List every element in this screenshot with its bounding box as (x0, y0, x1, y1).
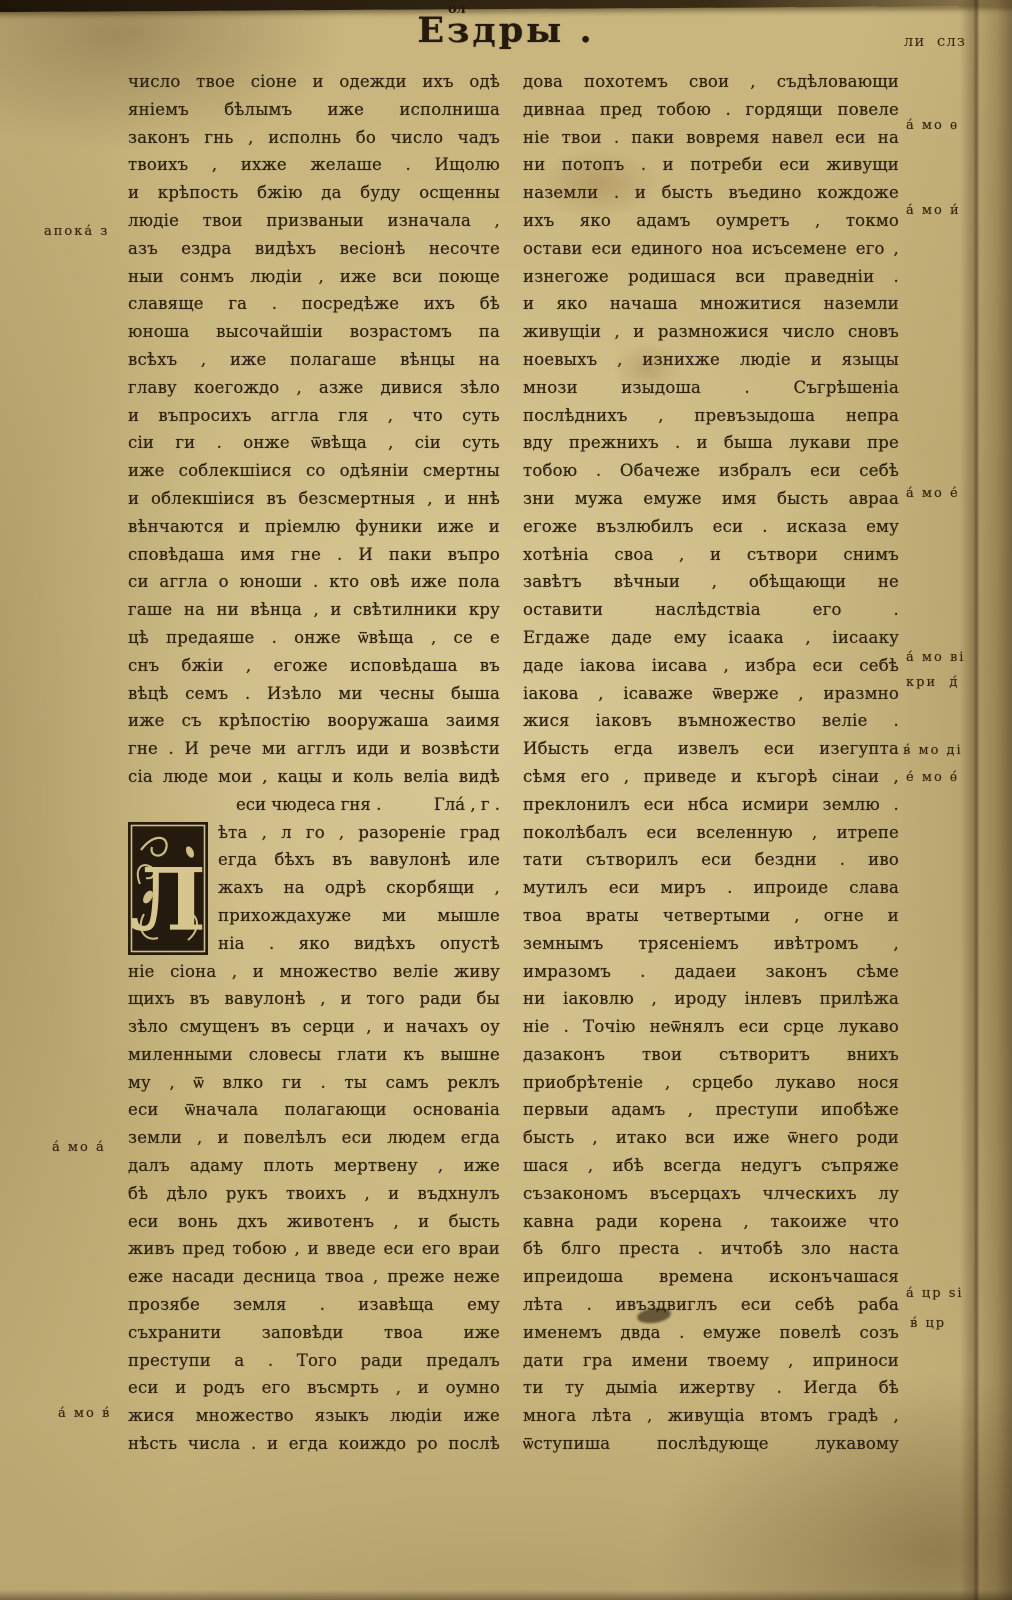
text-line: и яко начаша множитися наземли (523, 290, 899, 318)
text-line: еси и родъ его въсмрть , и оумно (128, 1374, 500, 1402)
text-line: жися іаковъ въмножество веліе . (523, 707, 899, 735)
text-line: приобрѣтеніе , срцебо лукаво нося (523, 1069, 899, 1097)
text-line: съхранити заповѣди твоа иже (128, 1319, 500, 1347)
folio-number: ли слз (904, 32, 966, 50)
text-line: зѣло смущенъ въ серци , и начахъ оу (128, 1013, 500, 1041)
text-line: ѿступиша послѣдующе лукавому (523, 1430, 899, 1458)
text-line: дазаконъ твои сътворитъ внихъ (523, 1041, 899, 1069)
folio-right: слз (937, 32, 966, 50)
margin-note-right: кри д́ (906, 675, 959, 690)
text-line: законъ гнь , исполнь бо число чадъ (128, 124, 500, 152)
text-line: еси вонь дхъ животенъ , и бысть (128, 1208, 500, 1236)
text-line: іакова , ісаваже ѿверже , иразмно (523, 680, 899, 708)
margin-note-left: а́ мо а́ (52, 1140, 106, 1155)
text-line: оставити наслѣдствіа его . (523, 596, 899, 624)
text-line: бысть , итако вси иже ѿнего роди (523, 1124, 899, 1152)
text-line: прозябе земля . изавѣща ему (128, 1291, 500, 1319)
margin-note-right: а́ мо ѳ (906, 118, 959, 133)
text-line: живущіи , и размножися число сновъ (523, 318, 899, 346)
text-line: ихъ яко адамъ оумретъ , токмо (523, 207, 899, 235)
text-line: юноша высочайшіи возрастомъ па (128, 318, 500, 346)
text-line: поколѣбалъ еси вселенную , итрепе (523, 819, 899, 847)
column-left-block-a: число твое сіоне и одежди ихъ одѣяніемъ … (128, 68, 500, 791)
text-line: миленными словесы глати къ вышне (128, 1041, 500, 1069)
text-line: число твое сіоне и одежди ихъ одѣ (128, 68, 500, 96)
text-line: иже съ крѣпостію вооружаша заимя (128, 707, 500, 735)
text-line: славяще га . посредѣже ихъ бѣ (128, 290, 500, 318)
text-line: еже насади десница твоа , преже неже (128, 1263, 500, 1291)
text-line: жахъ на одрѣ скорбящи , (218, 874, 500, 902)
initial-row: Л ѣта , л го , разореніе градегда бѣхъ в… (128, 819, 500, 958)
text-line: и крѣпость бжію да буду осщенны (128, 179, 500, 207)
text-line: си аггла о юноши . кто овѣ иже пола (128, 568, 500, 596)
text-line: ѣта , л го , разореніе град (218, 819, 500, 847)
text-line: тати сътворилъ еси бездни . иво (523, 846, 899, 874)
text-line: послѣднихъ , превъзыдоша непра (523, 402, 899, 430)
text-line: сіа люде мои , кацы и коль веліа видѣ (128, 763, 500, 791)
text-line: ипреидоша времена исконъчашася (523, 1263, 899, 1291)
text-line: тобою . Обачеже избралъ еси себѣ (523, 457, 899, 485)
text-line: первыи адамъ , преступи ипобѣже (523, 1096, 899, 1124)
column-left: число твое сіоне и одежди ихъ одѣяніемъ … (128, 68, 500, 1458)
text-line: Егдаже даде ему ісаака , іисааку (523, 624, 899, 652)
running-header: ол Ездры . ли слз (0, 6, 1012, 62)
text-line: прихождахуже ми мышле (218, 902, 500, 930)
text-line: ноевыхъ , изнихже людіе и языцы (523, 346, 899, 374)
text-line: ніа . яко видѣхъ опустѣ (218, 930, 500, 958)
text-line: му , ѿ влко ги . ты самъ реклъ (128, 1069, 500, 1097)
text-line: сіи ги . онже ѿвѣща , сіи суть (128, 429, 500, 457)
text-line: гаше на ни вѣнца , и свѣтилники кру (128, 596, 500, 624)
text-line: дова похотемъ свои , съдѣловающи (523, 68, 899, 96)
page-bottom-edge (0, 1590, 1012, 1600)
text-line: сповѣдаша имя гне . И паки въпро (128, 541, 500, 569)
text-line: вѣнчаются и пріемлю фуники иже и (128, 513, 500, 541)
text-line: ни іаковлю , ироду інлевъ прилѣжа (523, 985, 899, 1013)
chapter-end-text: еси чюдеса гня . (236, 791, 381, 819)
initial-letter-glyph: Л (130, 850, 206, 951)
text-line: многа лѣта , живущіа втомъ градѣ , (523, 1402, 899, 1430)
text-line: хотѣніа своа , и сътвори снимъ (523, 541, 899, 569)
book-page-scan: ол Ездры . ли слз число твое сіоне и оде… (0, 0, 1012, 1600)
text-line: ни потопъ . и потреби еси живущи (523, 151, 899, 179)
text-line: цѣ предаяше . онже ѿвѣща , се е (128, 624, 500, 652)
text-line: дивнаа пред тобою . гордящи повеле (523, 96, 899, 124)
text-line: азъ ездра видѣхъ весіонѣ несочте (128, 235, 500, 263)
margin-note-right: а́ мо ві (906, 650, 965, 665)
text-line: завѣтъ вѣчныи , обѣщающи не (523, 568, 899, 596)
text-line: ти ту дыміа ижертву . Иегда бѣ (523, 1374, 899, 1402)
column-left-block-b: ніе сіона , и множество веліе живущихъ в… (128, 958, 500, 1458)
margin-note-right: а́ цр ѕі (906, 1286, 964, 1301)
margin-note-right: а́ мо е́ (906, 486, 960, 501)
chapter-heading: Гла́ , г . (434, 791, 500, 819)
margin-note-left: апока́ з (44, 224, 109, 239)
text-line: съзакономъ въсерцахъ члческихъ лу (523, 1180, 899, 1208)
text-line: и въпросихъ аггла гля , что суть (128, 402, 500, 430)
column-right: дова похотемъ свои , съдѣловающидивнаа п… (523, 68, 899, 1458)
text-line: ніе твои . паки вовремя навел еси на (523, 124, 899, 152)
text-line: всѣхъ , иже полагаше вѣнцы на (128, 346, 500, 374)
text-line: сѣмя его , приведе и къгорѣ сінаи , (523, 763, 899, 791)
margin-note-right: в́ мо ді (903, 743, 963, 758)
text-line: снъ бжіи , егоже исповѣдаша въ (128, 652, 500, 680)
text-line: преступи а . Того ради предалъ (128, 1347, 500, 1375)
margin-note-right: в́ цр (910, 1316, 946, 1331)
page-right-edge (960, 0, 1012, 1600)
text-line: вѣцѣ семъ . Изѣло ми чесны быша (128, 680, 500, 708)
text-line: изнегоже родишася вси праведніи . (523, 263, 899, 291)
text-line: бѣ дѣло рукъ твоихъ , и въдхнулъ (128, 1180, 500, 1208)
margin-note-right: е́ мо ѳ́ (906, 770, 959, 785)
column-left-beside-initial: ѣта , л го , разореніе градегда бѣхъ въ … (218, 819, 500, 958)
text-line: гне . И рече ми агглъ иди и возвѣсти (128, 735, 500, 763)
text-line: Ибысть егда извелъ еси изегупта (523, 735, 899, 763)
text-line: ніе сіона , и множество веліе живу (128, 958, 500, 986)
text-line: живъ пред тобою , и введе еси его враи (128, 1235, 500, 1263)
text-line: кавна ради корена , такоиже что (523, 1208, 899, 1236)
text-line: вду прежнихъ . и быша лукави пре (523, 429, 899, 457)
text-line: егда бѣхъ въ вавулонѣ иле (218, 846, 500, 874)
text-line: земнымъ трясеніемъ ивѣтромъ , (523, 930, 899, 958)
margin-note-left: а́ мо в́ (58, 1406, 111, 1421)
text-line: преклонилъ еси нбса исмири землю . (523, 791, 899, 819)
text-line: имразомъ . дадаеи законъ сѣме (523, 958, 899, 986)
text-line: лѣта . ивъздвиглъ еси себѣ раба (523, 1291, 899, 1319)
text-line: остави еси единого ноа исъсемене его , (523, 235, 899, 263)
folio-left: ли (904, 32, 926, 50)
text-line: и облекшіися въ безсмертныя , и ннѣ (128, 485, 500, 513)
text-line: шася , ибѣ всегда недугъ съпряже (523, 1152, 899, 1180)
text-line: жися множество языкъ людіи иже (128, 1402, 500, 1430)
margin-note-right: а́ мо и́ (906, 203, 961, 218)
text-line: именемъ двда . емуже повелѣ созъ (523, 1319, 899, 1347)
text-line: еси ѿначала полагающи основаніа (128, 1096, 500, 1124)
text-line: твоа враты четвертыми , огне и (523, 902, 899, 930)
chapter-end-line: еси чюдеса гня . Гла́ , г . (128, 791, 500, 819)
text-line: людіе твои призваныи изначала , (128, 207, 500, 235)
text-line: бѣ блго преста . ичтобѣ зло наста (523, 1235, 899, 1263)
text-line: далъ адаму плоть мертвену , иже (128, 1152, 500, 1180)
text-line: щихъ въ вавулонѣ , и того ради бы (128, 985, 500, 1013)
text-line: иже соблекшіися со одѣяніи смертны (128, 457, 500, 485)
text-line: егоже възлюбилъ еси . исказа ему (523, 513, 899, 541)
text-line: земли , и повелѣлъ еси людем егда (128, 1124, 500, 1152)
text-line: зни мужа емуже имя бысть авраа (523, 485, 899, 513)
text-line: главу коегождо , азже дивися зѣло (128, 374, 500, 402)
text-line: нѣсть числа . и егда коиждо ро послѣ (128, 1430, 500, 1458)
text-line: наземли . и бысть въедино кождоже (523, 179, 899, 207)
text-line: ныи сонмъ людіи , иже вси поюще (128, 263, 500, 291)
text-line: яніемъ бѣлымъ иже исполниша (128, 96, 500, 124)
text-line: твоихъ , ихже желаше . Ищолю (128, 151, 500, 179)
text-line: мнози изыдоша . Съгрѣшеніа (523, 374, 899, 402)
page-title: Ездры . (0, 10, 1012, 51)
text-line: ніе . Точію неѿнялъ еси срце лукаво (523, 1013, 899, 1041)
woodcut-initial-letter: Л (128, 822, 208, 955)
text-line: мутилъ еси миръ . ипроиде слава (523, 874, 899, 902)
text-line: дати гра имени твоему , иприноси (523, 1347, 899, 1375)
text-line: даде іакова іисава , избра еси себѣ (523, 652, 899, 680)
